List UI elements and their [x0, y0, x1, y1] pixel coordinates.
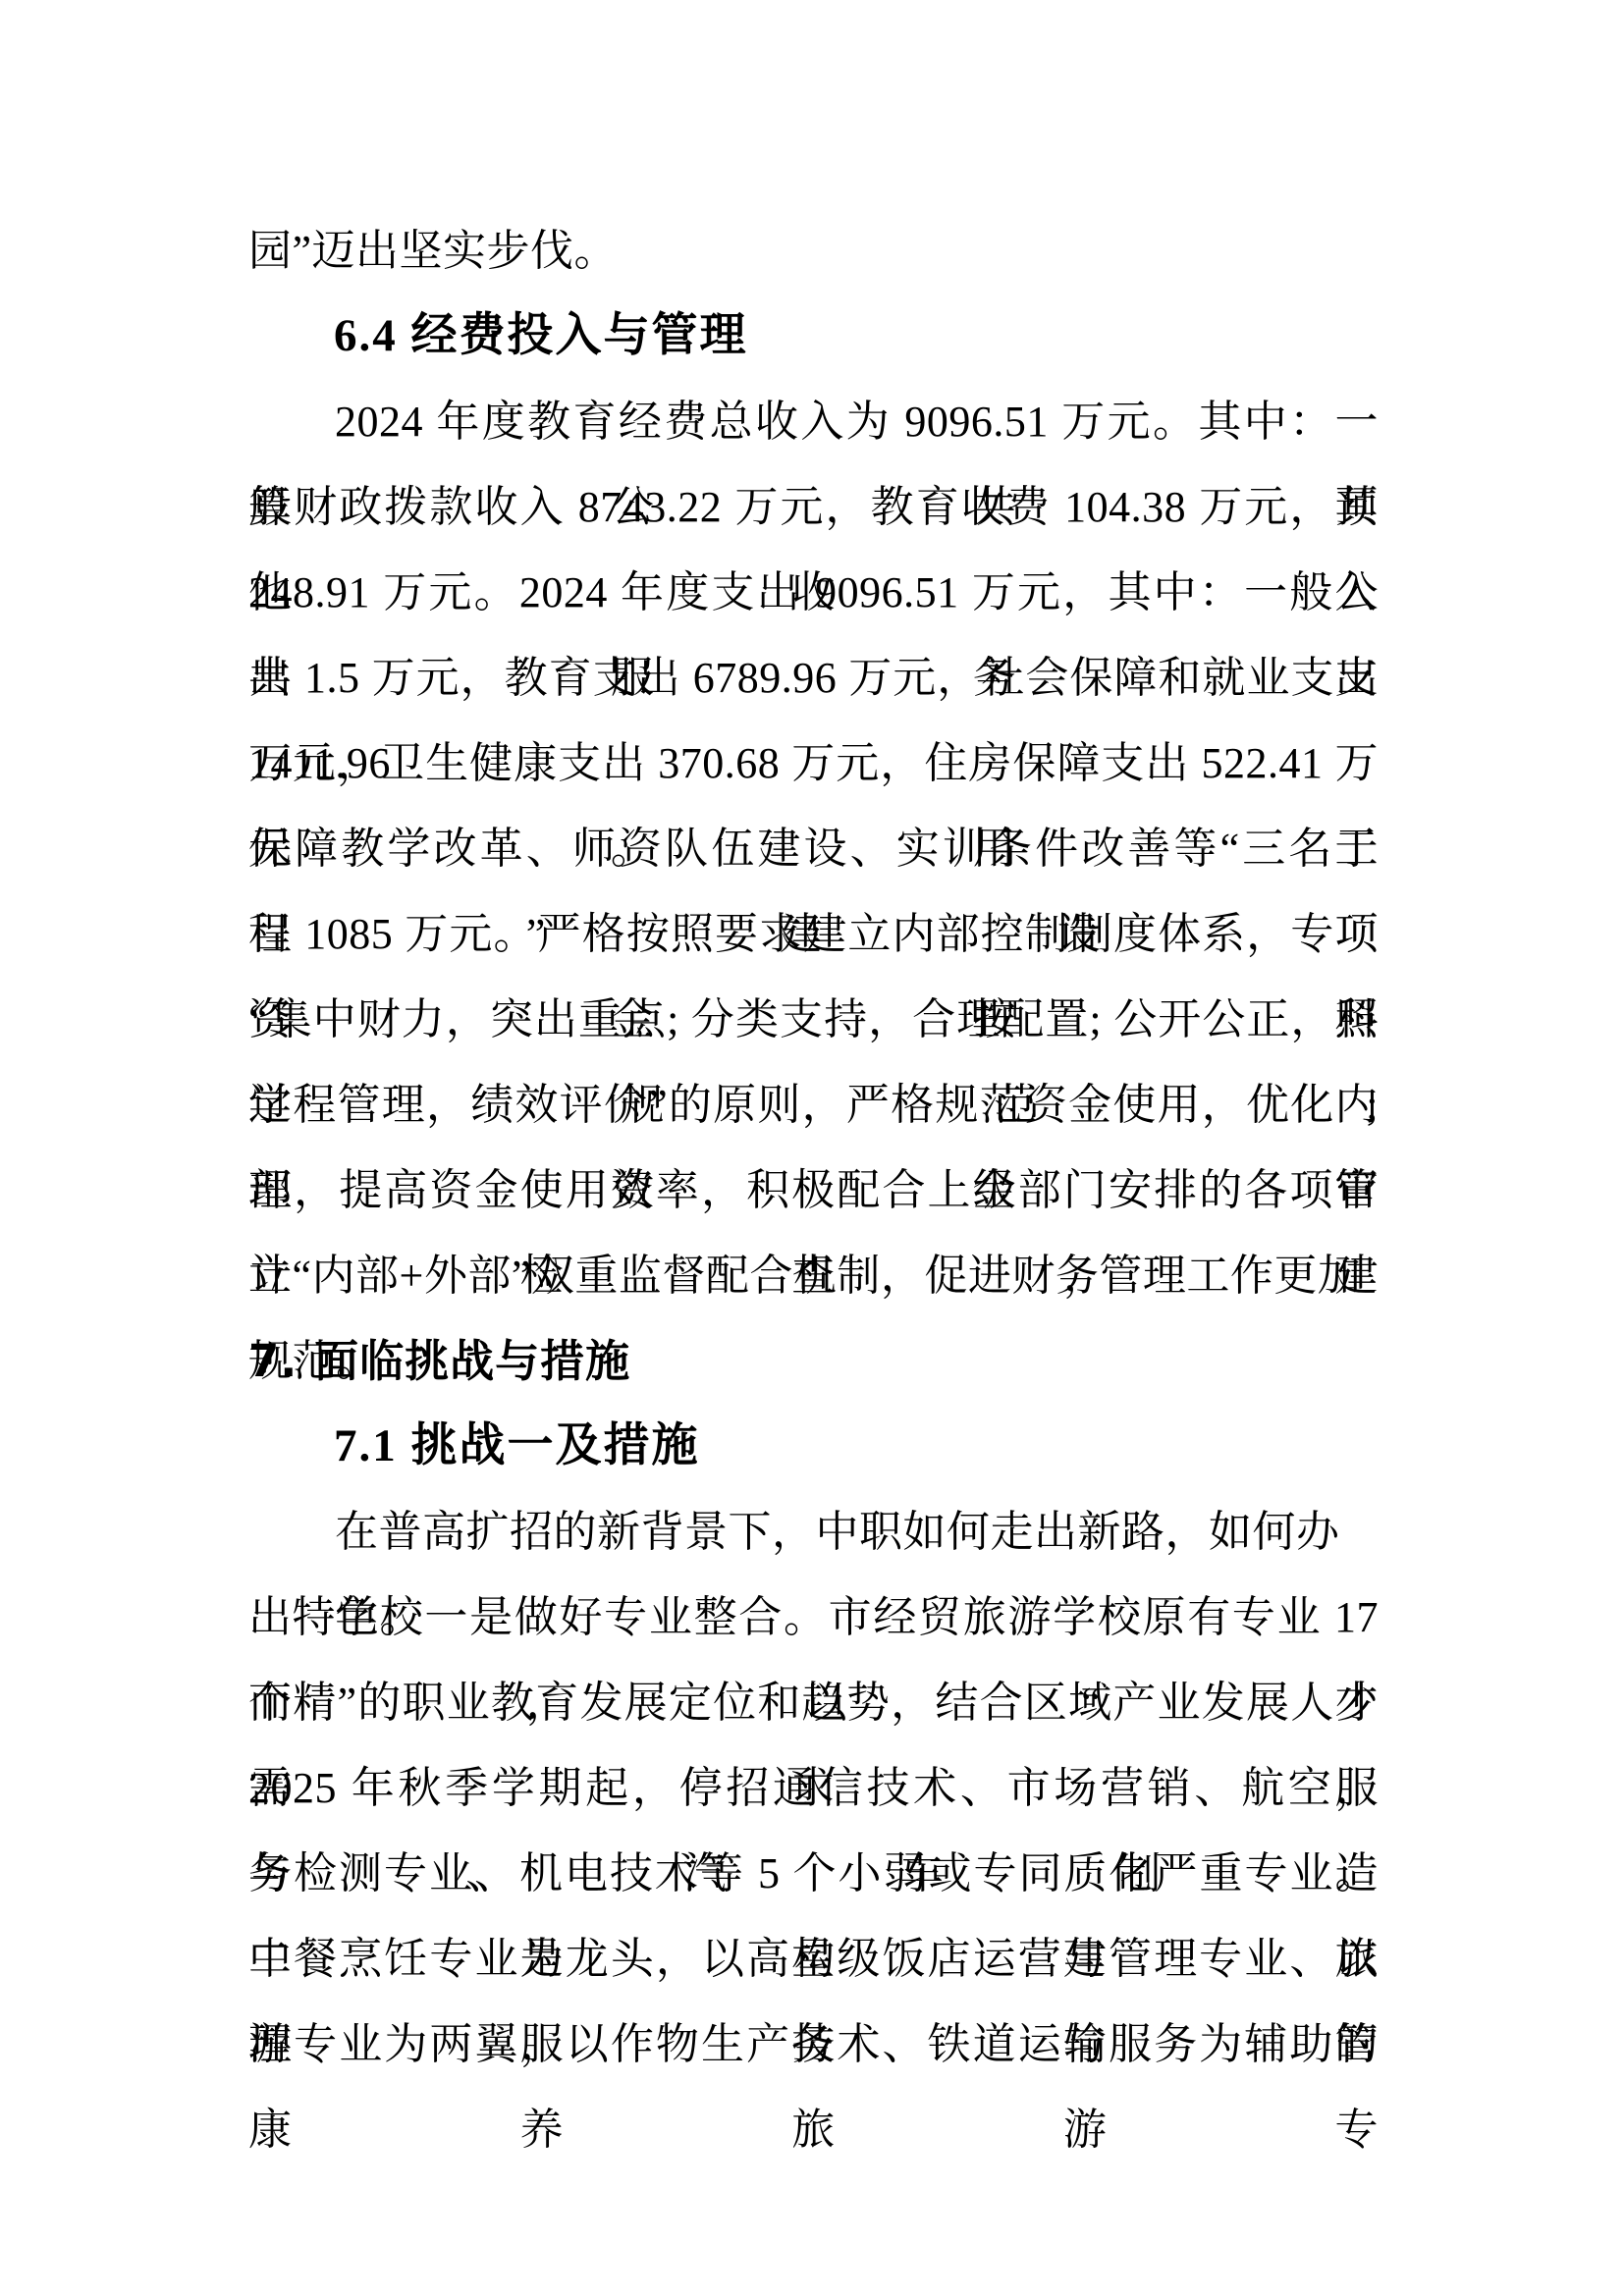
subsection-heading: 6.4 经费投入与管理 [248, 294, 1379, 379]
subsection-heading: 7.1 挑战一及措施 [248, 1404, 1379, 1489]
document-page: 园”迈出坚实步伐。6.4 经费投入与管理2024 年度教育经费总收入为 9096… [0, 0, 1624, 2296]
text-line: 理专业为两翼，以作物生产技术、铁道运输服务为辅助的康养旅游专 [248, 2002, 1379, 2087]
text-line: 理，提高资金使用效率，积极配合上级部门安排的各项审计检查，建 [248, 1148, 1379, 1233]
text-line: 保障教学改革、师资队伍建设、实训条件改善等“三名工程”建设项 [248, 806, 1379, 891]
text-line: 目 1085 万元。严格按照要求建立内部控制制度体系，专项资金按照 [248, 891, 1379, 977]
text-line: 出 1.5 万元，教育支出 6789.96 万元，社会保障和就业支出 1411.… [248, 635, 1379, 721]
text-line: “集中财力，突出重点; 分类支持，合理配置; 公开公正，科学规范; [248, 977, 1379, 1062]
text-line: 而精”的职业教育发展定位和趋势，结合区域产业发展人才需求， [248, 1660, 1379, 1745]
text-line: 2024 年度教育经费总收入为 9096.51 万元。其中：一般公共预 [248, 379, 1379, 464]
text-line: 2025 年秋季学期起，停招通信技术、市场营销、航空服务、汽车制造 [248, 1745, 1379, 1831]
text-line: 万元，卫生健康支出 370.68 万元，住房保障支出 522.41 万元。用于 [248, 721, 1379, 806]
document-text-block: 园”迈出坚实步伐。6.4 经费投入与管理2024 年度教育经费总收入为 9096… [248, 208, 1379, 2087]
text-line: 中餐烹饪专业为龙头，以高星级饭店运营与管理专业、旅游服务与管 [248, 1916, 1379, 2002]
text-line: 与检测专业、机电技术等 5 个小弱或专同质化严重专业。二是构建以 [248, 1831, 1379, 1916]
text-line: 立“内部+外部”双重监督配合机制，促进财务管理工作更加规范。 [248, 1233, 1379, 1318]
text-line: 过程管理，绩效评价”的原则，严格规范资金使用，优化内部资金管 [248, 1062, 1379, 1148]
text-line: 在普高扩招的新背景下，中职如何走出新路，如何办出特色。 [248, 1489, 1379, 1575]
section-heading: 7. 面临挑战与措施 [248, 1318, 1379, 1404]
text-line: 248.91 万元。2024 年度支出 9096.51 万元，其中：一般公共服务… [248, 550, 1379, 635]
text-line: 园”迈出坚实步伐。 [248, 208, 1379, 294]
text-line: 算财政拨款收入 8743.22 万元，教育收费 104.38 万元，其他收入 [248, 464, 1379, 550]
text-line: 学校一是做好专业整合。市经贸旅游学校原有专业 17 个，以“少 [248, 1575, 1379, 1660]
